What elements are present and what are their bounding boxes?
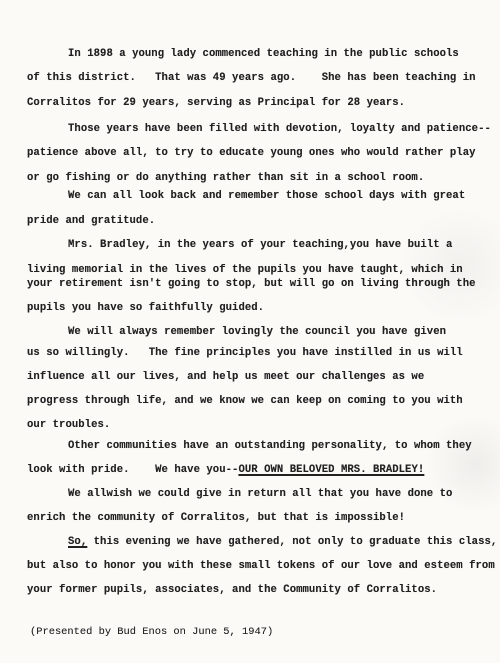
paragraph-1-line-1: In 1898 a young lady commenced teaching … — [68, 48, 459, 60]
paragraph-6-line-1: Other communities have an outstanding pe… — [68, 440, 472, 452]
paragraph-1-line-2: of this district. That was 49 years ago.… — [27, 72, 476, 84]
paragraph-4-line-4: pupils you have so faithfully guided. — [27, 302, 264, 314]
paragraph-8-line-3: your former pupils, associates, and the … — [27, 584, 437, 596]
paragraph-4-line-3: your retirement isn't going to stop, but… — [27, 278, 476, 290]
underlined-so: So, — [68, 536, 87, 548]
typewritten-page: In 1898 a young lady commenced teaching … — [0, 0, 500, 663]
paragraph-7-line-1: We allwish we could give in return all t… — [68, 488, 452, 500]
paragraph-5-line-2: us so willingly. The fine principles you… — [27, 347, 463, 359]
paragraph-5-line-5: our troubles. — [27, 419, 110, 431]
paragraph-2-line-3: or go fishing or do anything rather than… — [27, 172, 424, 184]
paragraph-2-line-1: Those years have been filled with devoti… — [68, 123, 491, 135]
paragraph-3-line-2: pride and gratitude. — [27, 215, 155, 227]
presentation-caption: (Presented by Bud Enos on June 5, 1947) — [30, 626, 273, 638]
paragraph-4-line-2: living memorial in the lives of the pupi… — [27, 264, 463, 276]
paragraph-8-line-1: So, this evening we have gathered, not o… — [68, 536, 497, 548]
paragraph-5-line-3: influence all our lives, and help us mee… — [27, 371, 424, 383]
paragraph-7-line-2: enrich the community of Corralitos, but … — [27, 512, 405, 524]
paragraph-6-line-2: look with pride. We have you--OUR OWN BE… — [27, 464, 424, 476]
paragraph-2-line-2: patience above all, to try to educate yo… — [27, 147, 476, 159]
paragraph-4-line-1: Mrs. Bradley, in the years of your teach… — [68, 239, 452, 251]
paragraph-3-line-1: We can all look back and remember those … — [68, 190, 465, 202]
underlined-emphasis: OUR OWN BELOVED MRS. BRADLEY! — [238, 464, 424, 476]
paragraph-1-line-3: Corralitos for 29 years, serving as Prin… — [27, 97, 405, 109]
paragraph-8-line-1-text: this evening we have gathered, not only … — [87, 536, 497, 548]
paragraph-8-line-2: but also to honor you with these small t… — [27, 560, 495, 572]
paragraph-5-line-1: We will always remember lovingly the cou… — [68, 326, 446, 338]
paragraph-6-line-2-text: look with pride. We have you-- — [27, 464, 238, 476]
paragraph-5-line-4: progress through life, and we know we ca… — [27, 395, 463, 407]
